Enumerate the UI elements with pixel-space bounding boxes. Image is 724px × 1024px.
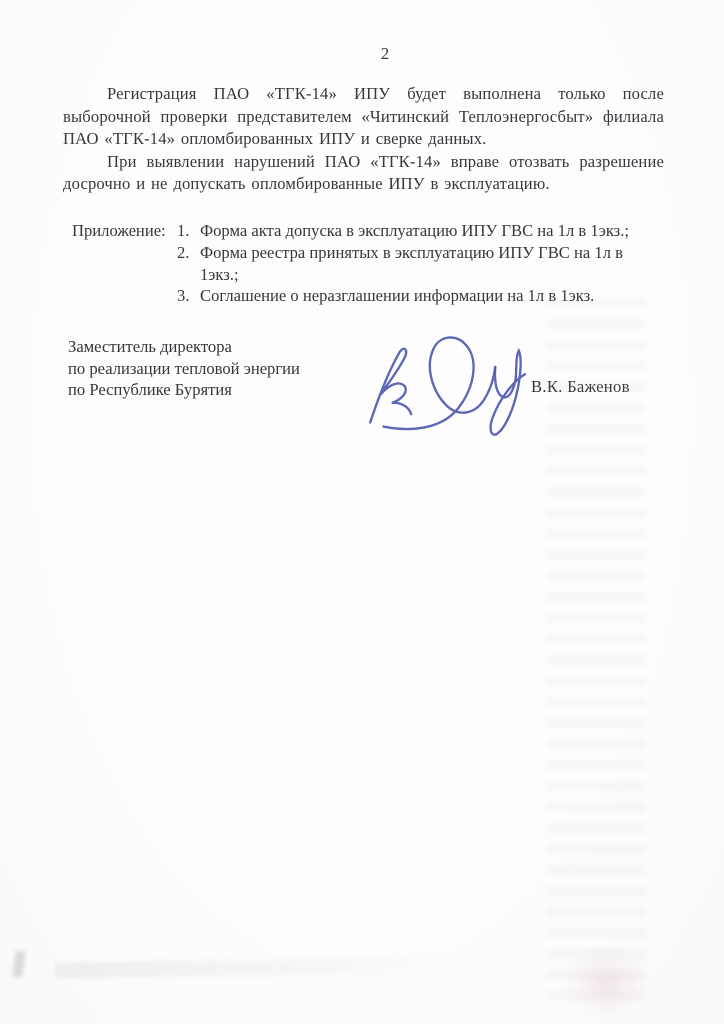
- paragraph-registration: Регистрация ПАО «ТГК-14» ИПУ будет выпол…: [63, 83, 664, 151]
- scan-smudge: [55, 958, 465, 978]
- attachment-item-number: 3.: [177, 285, 200, 307]
- attachment-item: 2. Форма реестра принятых в эксплуатацию…: [177, 242, 652, 286]
- signatory-title: Заместитель директора по реализации тепл…: [68, 336, 300, 401]
- signatory-title-line: по реализации тепловой энергии: [68, 358, 300, 380]
- paragraph-violations: При выявлении нарушений ПАО «ТГК-14» впр…: [63, 151, 664, 196]
- attachment-item-text: Форма реестра принятых в эксплуатацию ИП…: [200, 242, 652, 286]
- attachment-item: 1. Форма акта допуска в эксплуатацию ИПУ…: [177, 220, 652, 242]
- scan-edge-mark: [12, 950, 26, 977]
- attachment-item-number: 2.: [177, 242, 200, 286]
- attachments-list: 1. Форма акта допуска в эксплуатацию ИПУ…: [177, 220, 652, 307]
- signatory-title-line: Заместитель директора: [68, 336, 300, 358]
- document-body: Регистрация ПАО «ТГК-14» ИПУ будет выпол…: [63, 83, 664, 196]
- page-number: 2: [0, 44, 724, 64]
- attachment-item-text: Соглашение о неразглашении информации на…: [200, 285, 652, 307]
- signatory-name: В.К. Баженов: [531, 377, 630, 397]
- attachment-item-number: 1.: [177, 220, 200, 242]
- attachments-label: Приложение:: [72, 220, 177, 242]
- bleedthrough-artifact: [546, 298, 646, 1000]
- attachments-block: Приложение: 1. Форма акта допуска в эксп…: [72, 220, 652, 307]
- attachment-item-text: Форма акта допуска в эксплуатацию ИПУ ГВ…: [200, 220, 652, 242]
- signatory-title-line: по Республике Бурятия: [68, 379, 300, 401]
- scan-smudge: [563, 943, 651, 1021]
- attachment-item: 3. Соглашение о неразглашении информации…: [177, 285, 652, 307]
- document-page: 2 Регистрация ПАО «ТГК-14» ИПУ будет вып…: [0, 0, 724, 1024]
- handwritten-signature: [363, 330, 527, 438]
